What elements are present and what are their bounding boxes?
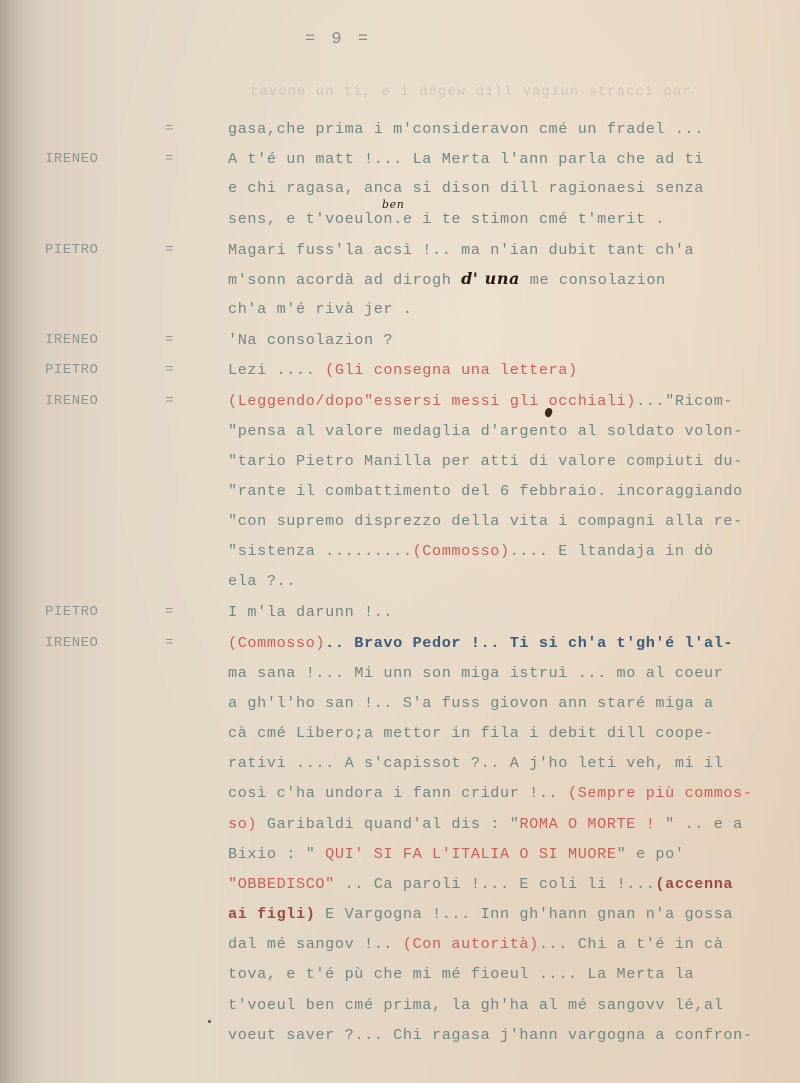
- separator: =: [165, 238, 174, 262]
- separator: =: [165, 328, 174, 352]
- speaker-label: IRENEO: [45, 631, 155, 655]
- page-number: = 9 =: [305, 30, 371, 49]
- speaker-label: IRENEO: [45, 328, 155, 352]
- stage-direction: (Commosso): [228, 634, 325, 652]
- separator: =: [165, 358, 174, 382]
- dialogue-part: .. Ca paroli !... E coli li !...: [335, 875, 656, 893]
- speaker-label: PIETRO: [45, 600, 155, 624]
- dialogue: ch'a m'é rivà jer .: [228, 297, 413, 321]
- dialogue-part: .... E ltandaja in dò: [510, 542, 714, 560]
- stage-direction: (Commosso): [413, 542, 510, 560]
- dialogue: gasa,che prima i m'consideravon cmé un f…: [228, 117, 704, 141]
- stage-direction: (accenna: [655, 875, 733, 893]
- dialogue-part: "sistenza .........: [228, 542, 413, 560]
- handwritten-insert: ben: [382, 193, 404, 217]
- dialogue: I m'la darunn !..: [228, 600, 393, 624]
- speaker-label: PIETRO: [45, 358, 155, 382]
- dialogue: rativi .... A s'capissot ?.. A j'ho leti…: [228, 751, 723, 775]
- dialogue: so) Garibaldi quand'al dis : "ROMA O MOR…: [228, 812, 743, 836]
- separator: =: [165, 147, 174, 171]
- letter-text: "con supremo disprezzo della vita i comp…: [228, 509, 743, 533]
- dialogue-part: " e po': [617, 845, 685, 863]
- dialogue: Magari fuss'la acsì !.. ma n'ian dubit t…: [228, 238, 694, 262]
- dialogue: e chi ragasa, anca si dison dill ragiona…: [228, 176, 704, 200]
- dialogue-part: .. Bravo Pedor !.. Ti si ch'a t'gh'é l'a…: [325, 634, 733, 652]
- dialogue-part: " .. e a: [655, 815, 742, 833]
- stage-direction: (Leggendo/dopo"essersi messi gli occhial…: [228, 392, 636, 410]
- dialogue: "sistenza .........(Commosso).... E ltan…: [228, 539, 714, 563]
- dialogue: Lezi .... (Gli consegna una lettera): [228, 358, 578, 382]
- dialogue: dal mé sangov !.. (Con autorità)... Chi …: [228, 932, 723, 956]
- page-number-text: = 9 =: [305, 30, 371, 49]
- stage-direction: so): [228, 815, 257, 833]
- bleed-through-text: tavone un ti, e i dêgew dill vagiun stra…: [250, 84, 692, 100]
- stage-direction: (Con autorità): [403, 935, 539, 953]
- dialogue-part: sens, e t'voeulon: [228, 210, 393, 228]
- quote-highlight: ROMA O MORTE !: [519, 815, 655, 833]
- dialogue: voeut saver ?... Chi ragasa j'hann vargo…: [228, 1023, 753, 1047]
- dialogue-part: Lezi ....: [228, 361, 325, 379]
- dialogue: Bixio : " QUI' SI FA L'ITALIA O SI MUORE…: [228, 842, 685, 866]
- separator: =: [165, 389, 174, 413]
- dialogue-part: e i te stimon cmé t'merit .: [403, 210, 665, 228]
- dialogue: 'Na consolazion ?: [228, 328, 393, 352]
- handwritten-correction: d' una: [461, 269, 520, 288]
- quote-highlight: "OBBEDISCO": [228, 875, 335, 893]
- dialogue: ai figli) E Vargogna !... Inn gh'hann gn…: [228, 902, 733, 926]
- letter-text: "rante il combattimento del 6 febbraio. …: [228, 479, 743, 503]
- dialogue: sens, e t'voeulon.e i te stimon cmé t'me…: [228, 207, 665, 231]
- dialogue-part: me consolazion: [530, 271, 666, 289]
- ink-speck: [208, 1020, 211, 1023]
- dialogue-part: E Vargogna !... Inn gh'hann gnan n'a gos…: [315, 905, 733, 923]
- dialogue-part: così c'ha undora i fann cridur !..: [228, 784, 568, 802]
- speaker-label: PIETRO: [45, 238, 155, 262]
- dialogue: così c'ha undora i fann cridur !.. (Semp…: [228, 781, 753, 805]
- dialogue: ela ?..: [228, 569, 296, 593]
- separator: =: [165, 631, 174, 655]
- dialogue: "OBBEDISCO" .. Ca paroli !... E coli li …: [228, 872, 733, 896]
- dialogue: (Commosso).. Bravo Pedor !.. Ti si ch'a …: [228, 631, 733, 655]
- dialogue: ma sana !... Mi unn son miga istruì ... …: [228, 661, 723, 685]
- letter-text: "tario Pietro Manilla per atti di valore…: [228, 449, 743, 473]
- separator: =: [165, 117, 174, 141]
- dialogue: (Leggendo/dopo"essersi messi gli occhial…: [228, 389, 733, 413]
- stage-direction: (Sempre più commos-: [568, 784, 753, 802]
- dialogue: cà cmé Libero;a mettor in fila i debit d…: [228, 721, 714, 745]
- dialogue: a gh'l'ho san !.. S'a fuss giovon ann st…: [228, 691, 714, 715]
- dialogue-part: m'sonn acordà ad dirogh: [228, 271, 451, 289]
- dialogue-part: ..."Ricom-: [636, 392, 733, 410]
- stage-direction: ai figli): [228, 905, 315, 923]
- dialogue: A t'é un matt !... La Merta l'ann parla …: [228, 147, 704, 171]
- dialogue: m'sonn acordà ad dirogh d' una me consol…: [228, 267, 666, 292]
- dialogue-part: Bixio : ": [228, 845, 325, 863]
- letter-text: "pensa al valore medaglia d'argento al s…: [228, 419, 743, 443]
- dialogue-part: dal mé sangov !..: [228, 935, 403, 953]
- speaker-label: IRENEO: [45, 389, 155, 413]
- quote-highlight: QUI' SI FA L'ITALIA O SI MUORE: [325, 845, 616, 863]
- dialogue: t'voeul ben cmé prima, la gh'ha al mé sa…: [228, 993, 723, 1017]
- speaker-label: IRENEO: [45, 147, 155, 171]
- dialogue: tova, e t'é pù che mi mé fioeul .... La …: [228, 962, 694, 986]
- dialogue-part: ... Chi a t'é in cà: [539, 935, 724, 953]
- dialogue-part: Garibaldi quand'al dis : ": [257, 815, 519, 833]
- stage-direction: (Gli consegna una lettera): [325, 361, 578, 379]
- separator: =: [165, 600, 174, 624]
